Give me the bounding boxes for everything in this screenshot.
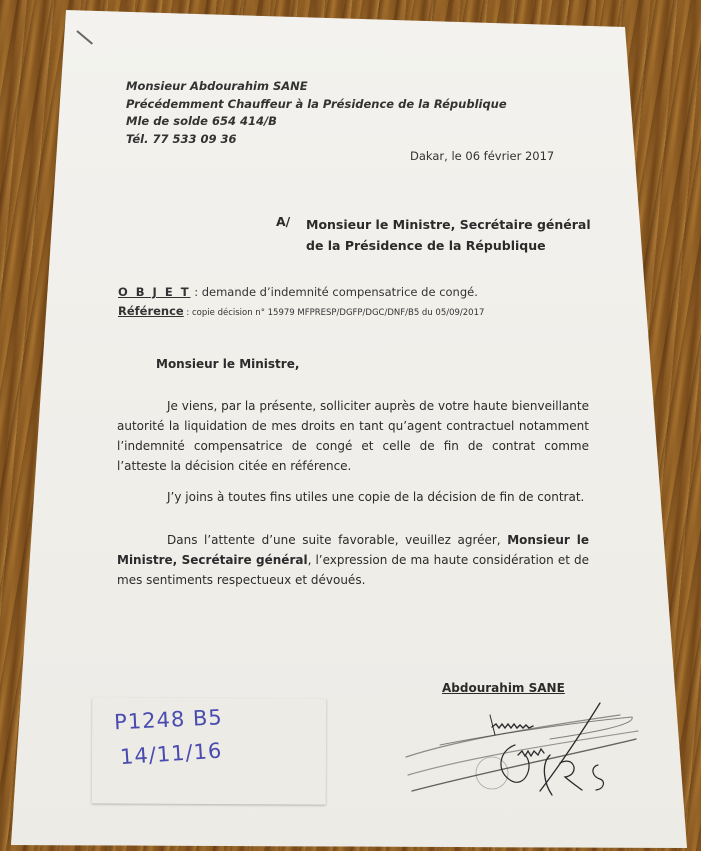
note-date: 14/11/16 bbox=[119, 739, 223, 770]
sender-name: Monsieur Abdourahim SANE bbox=[126, 78, 507, 96]
subject-label: O B J E T bbox=[118, 285, 191, 299]
recipient-line-2: de la Présidence de la République bbox=[306, 235, 591, 256]
subject-line: O B J E T : demande d’indemnité compensa… bbox=[118, 285, 478, 299]
sender-block: Monsieur Abdourahim SANE Précédemment Ch… bbox=[126, 78, 507, 148]
sender-phone: Tél. 77 533 09 36 bbox=[126, 131, 507, 149]
sticky-note: P1248 B5 14/11/16 bbox=[92, 697, 327, 804]
recipient-line-1: Monsieur le Ministre, Secrétaire général bbox=[306, 214, 591, 235]
handwritten-signature bbox=[400, 695, 640, 805]
note-reference: P1248 B5 bbox=[114, 705, 224, 734]
body-paragraph-2: J’y joins à toutes fins utiles une copie… bbox=[117, 487, 589, 507]
signer-name: Abdourahim SANE bbox=[442, 681, 565, 695]
reference-line: Référence : copie décision n° 15979 MFPR… bbox=[118, 304, 484, 318]
body-paragraph-3: Dans l’attente d’une suite favorable, ve… bbox=[117, 530, 589, 590]
body-paragraph-1-text: Je viens, par la présente, solliciter au… bbox=[117, 399, 589, 473]
sender-matricule: Mle de solde 654 414/B bbox=[126, 113, 507, 131]
recipient-prefix: A/ bbox=[276, 214, 290, 229]
recipient-block: Monsieur le Ministre, Secrétaire général… bbox=[306, 214, 591, 256]
salutation: Monsieur le Ministre, bbox=[156, 357, 299, 371]
body-paragraph-1: Je viens, par la présente, solliciter au… bbox=[117, 396, 589, 476]
body-paragraph-2-text: J’y joins à toutes fins utiles une copie… bbox=[167, 490, 584, 504]
closing-text-start: Dans l’attente d’une suite favorable, ve… bbox=[167, 533, 507, 547]
letter-date: Dakar, le 06 février 2017 bbox=[410, 149, 554, 163]
reference-text: : copie décision n° 15979 MFPRESP/DGFP/D… bbox=[184, 308, 485, 318]
subject-text: : demande d’indemnité compensatrice de c… bbox=[191, 285, 478, 299]
sender-title: Précédemment Chauffeur à la Présidence d… bbox=[126, 96, 507, 114]
reference-label: Référence bbox=[118, 304, 184, 318]
